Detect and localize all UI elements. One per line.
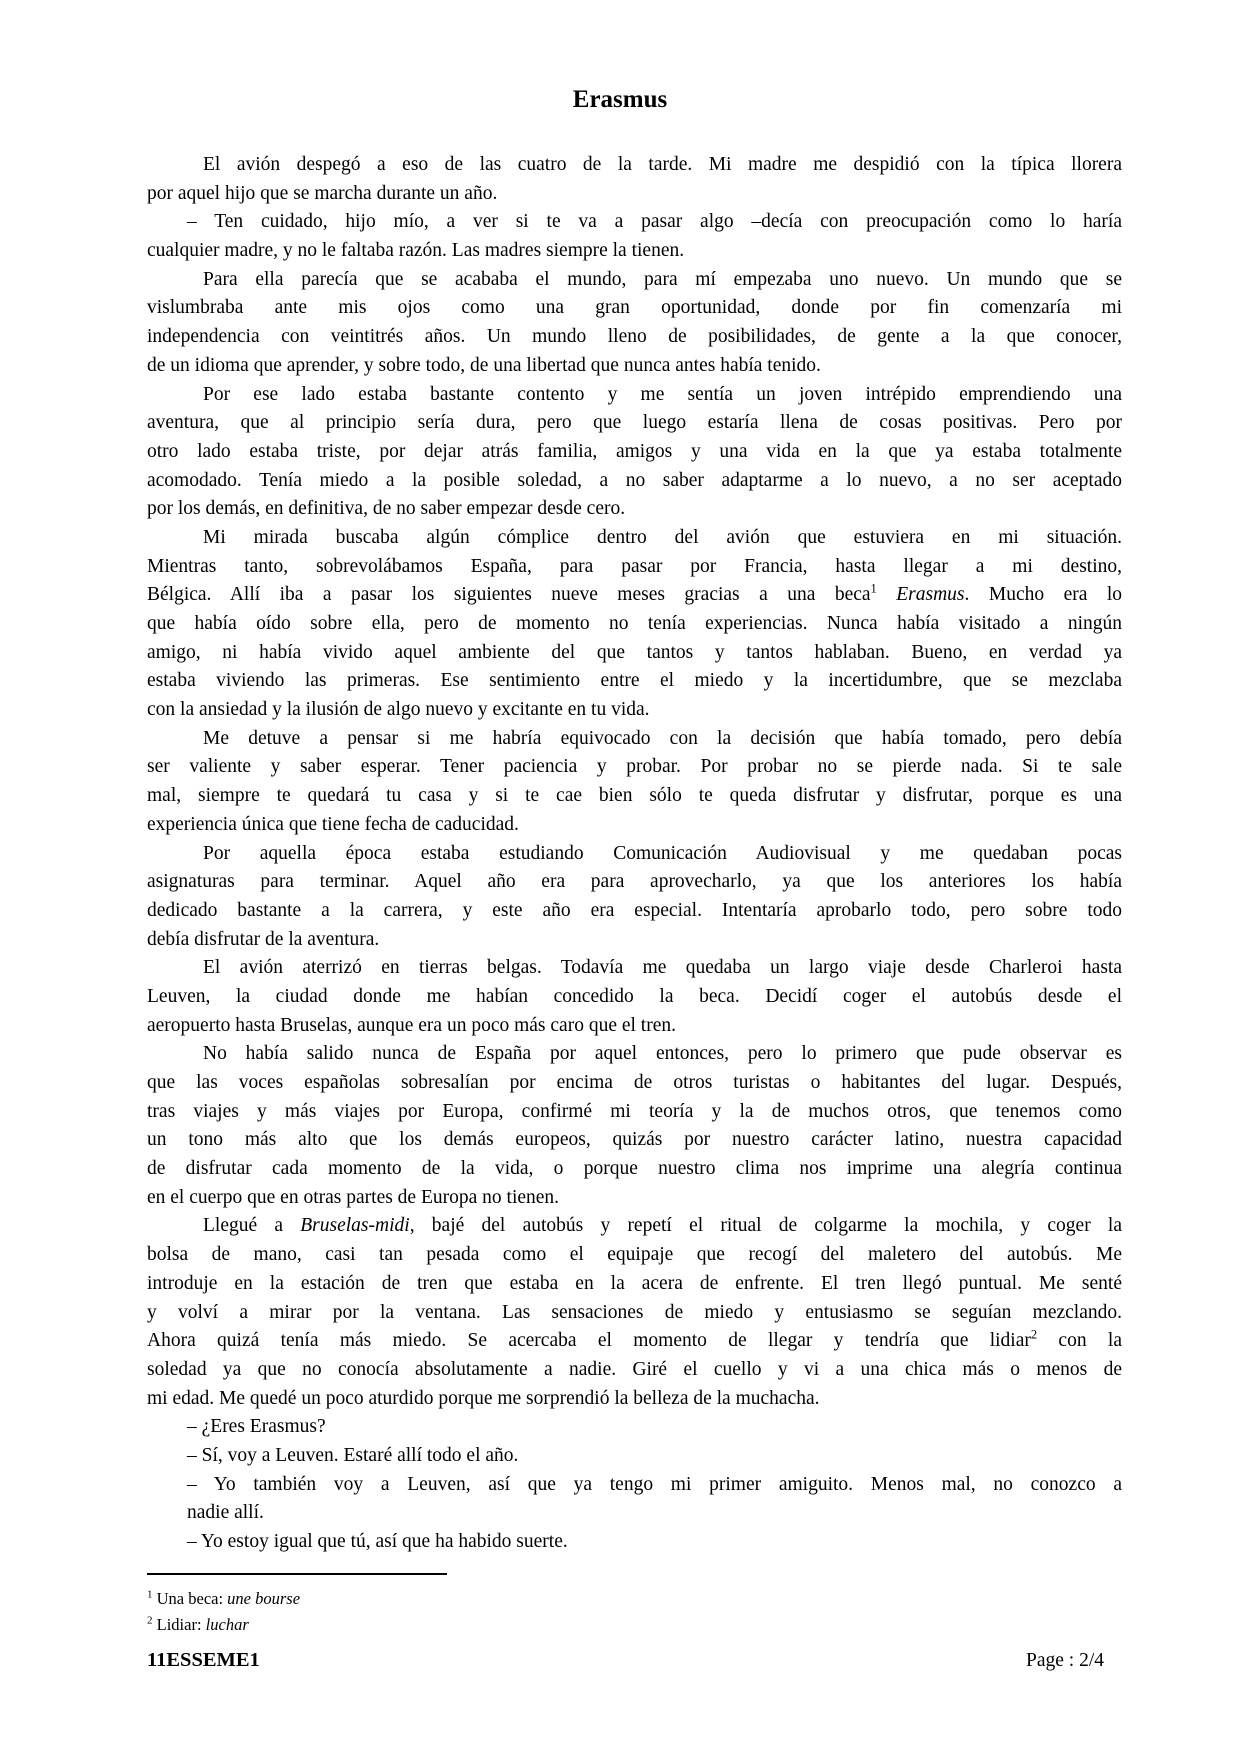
text-line: 5Para ella parecía que se acababa el mun… <box>147 266 1122 295</box>
text-line: otro lado estaba triste, por dejar atrás… <box>147 438 1122 467</box>
text-line: en el cuerpo que en otras partes de Euro… <box>147 1184 1122 1213</box>
footnote-1: 1 Una beca: une bourse <box>147 1586 1122 1612</box>
text-body: El avión despegó a eso de las cuatro de … <box>147 151 1122 1557</box>
footnote-term: une bourse <box>227 1589 300 1608</box>
text-line: El avión aterrizó en tierras belgas. Tod… <box>147 954 1122 983</box>
text-line: de disfrutar cada momento de la vida, o … <box>147 1155 1122 1184</box>
footnote-label: Una beca: <box>153 1589 228 1608</box>
text-line: 30Leuven, la ciudad donde me habían conc… <box>147 983 1122 1012</box>
text-line: mi edad. Me quedé un poco aturdido porqu… <box>147 1385 1122 1414</box>
text-line: Me detuve a pensar si me habría equivoca… <box>147 725 1122 754</box>
text-line: Llegué a Bruselas-midi, bajé del autobús… <box>147 1212 1122 1241</box>
footnote-separator <box>147 1573 447 1575</box>
text-line: 25Por aquella época estaba estudiando Co… <box>147 840 1122 869</box>
text-line: 45– ¿Eres Erasmus? <box>147 1413 1122 1442</box>
document-title: Erasmus <box>0 86 1240 114</box>
text-line: por aquel hijo que se marcha durante un … <box>147 180 1122 209</box>
text-line: que había oído sobre ella, pero de momen… <box>147 610 1122 639</box>
text-line: 20con la ansiedad y la ilusión de algo n… <box>147 696 1122 725</box>
text-line: mal, siempre te quedará tu casa y si te … <box>147 782 1122 811</box>
page-sheet: Erasmus El avión despegó a eso de las cu… <box>0 0 1240 1754</box>
text-line: amigo, ni había vivido aquel ambiente de… <box>147 639 1122 668</box>
text-line: 15Mientras tanto, sobrevolábamos España,… <box>147 553 1122 582</box>
text-line: nadie allí. <box>147 1499 1122 1528</box>
text-line: estaba viviendo las primeras. Ese sentim… <box>147 667 1122 696</box>
text-line: Ahora quizá tenía más miedo. Se acercaba… <box>147 1327 1122 1356</box>
text-line: por los demás, en definitiva, de no sabe… <box>147 495 1122 524</box>
text-line: tras viajes y más viajes por Europa, con… <box>147 1098 1122 1127</box>
footnote-2: 2 Lidiar: luchar <box>147 1612 1122 1638</box>
footnote-label: Lidiar: <box>153 1615 206 1634</box>
text-line: No había salido nunca de España por aque… <box>147 1040 1122 1069</box>
text-line: que las voces españolas sobresalían por … <box>147 1069 1122 1098</box>
text-line: 10aventura, que al principio sería dura,… <box>147 409 1122 438</box>
footer: 11ESSEME1 Page : 2/4 <box>147 1649 1122 1672</box>
document-code: 11ESSEME1 <box>147 1649 260 1672</box>
text-line: ser valiente y saber esperar. Tener paci… <box>147 753 1122 782</box>
text-line: experiencia única que tiene fecha de cad… <box>147 811 1122 840</box>
text-line: Mi mirada buscaba algún cómplice dentro … <box>147 524 1122 553</box>
footnote-term: luchar <box>206 1615 249 1634</box>
text-line: Por ese lado estaba bastante contento y … <box>147 381 1122 410</box>
text-line: – Sí, voy a Leuven. Estaré allí todo el … <box>147 1442 1122 1471</box>
text-line: 35un tono más alto que los demás europeo… <box>147 1126 1122 1155</box>
text-line: dedicado bastante a la carrera, y este a… <box>147 897 1122 926</box>
text-line: El avión despegó a eso de las cuatro de … <box>147 151 1122 180</box>
text-line: bolsa de mano, casi tan pesada como el e… <box>147 1241 1122 1270</box>
page-indicator: Page : 2/4 <box>1026 1650 1122 1672</box>
text-line: 40introduje en la estación de tren que e… <box>147 1270 1122 1299</box>
text-line: acomodado. Tenía miedo a la posible sole… <box>147 467 1122 496</box>
text-line: debía disfrutar de la aventura. <box>147 926 1122 955</box>
text-line: soledad ya que no conocía absolutamente … <box>147 1356 1122 1385</box>
text-line: asignaturas para terminar. Aquel año era… <box>147 868 1122 897</box>
text-line: Bélgica. Allí iba a pasar los siguientes… <box>147 581 1122 610</box>
text-line: aeropuerto hasta Bruselas, aunque era un… <box>147 1012 1122 1041</box>
footnotes: 1 Una beca: une bourse 2 Lidiar: luchar <box>147 1586 1122 1637</box>
text-line: independencia con veintitrés años. Un mu… <box>147 323 1122 352</box>
text-line: – Yo también voy a Leuven, así que ya te… <box>147 1471 1122 1500</box>
text-line: de un idioma que aprender, y sobre todo,… <box>147 352 1122 381</box>
text-line: vislumbraba ante mis ojos como una gran … <box>147 294 1122 323</box>
text-line: – Yo estoy igual que tú, así que ha habi… <box>147 1528 1122 1557</box>
text-line: cualquier madre, y no le faltaba razón. … <box>147 237 1122 266</box>
text-line: – Ten cuidado, hijo mío, a ver si te va … <box>147 208 1122 237</box>
text-line: y volví a mirar por la ventana. Las sens… <box>147 1299 1122 1328</box>
